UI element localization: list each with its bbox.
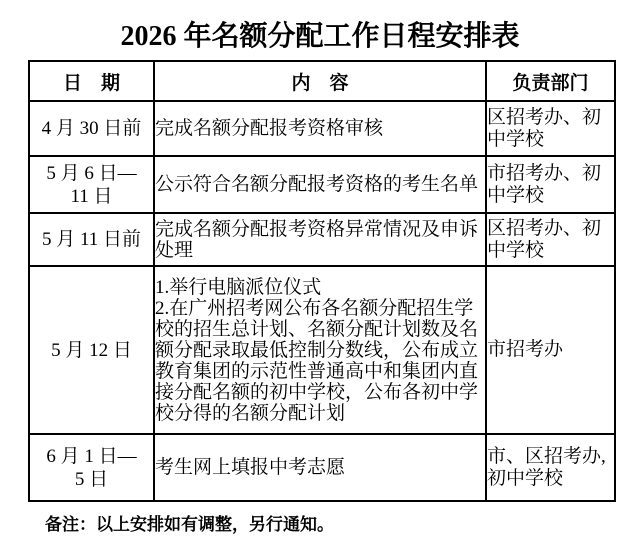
header-content: 内 容 bbox=[154, 61, 486, 101]
dept-cell: 区招考办、初中学校 bbox=[486, 213, 615, 266]
table-row: 4 月 30 日前 完成名额分配报考资格审核 区招考办、初中学校 bbox=[29, 101, 615, 156]
date-cell: 6 月 1 日— 5 日 bbox=[29, 434, 154, 501]
dept-cell: 市招考办 bbox=[486, 266, 615, 434]
header-date: 日 期 bbox=[29, 61, 154, 101]
schedule-table: 日 期 内 容 负责部门 4 月 30 日前 完成名额分配报考资格审核 区招考办… bbox=[28, 60, 616, 502]
content-cell: 完成名额分配报考资格审核 bbox=[154, 101, 486, 156]
dept-cell: 市招考办、初中学校 bbox=[486, 156, 615, 213]
date-cell: 5 月 6 日— 11 日 bbox=[29, 156, 154, 213]
header-dept: 负责部门 bbox=[486, 61, 615, 101]
content-cell: 完成名额分配报考资格异常情况及申诉处理 bbox=[154, 213, 486, 266]
dept-cell: 区招考办、初中学校 bbox=[486, 101, 615, 156]
table-row: 6 月 1 日— 5 日 考生网上填报中考志愿 市、区招考办, 初中学校 bbox=[29, 434, 615, 501]
content-cell: 1.举行电脑派位仪式 2.在广州招考网公布各名额分配招生学校的招生总计划、名额分… bbox=[154, 266, 486, 434]
table-row: 5 月 11 日前 完成名额分配报考资格异常情况及申诉处理 区招考办、初中学校 bbox=[29, 213, 615, 266]
date-cell: 5 月 11 日前 bbox=[29, 213, 154, 266]
page-title: 2026 年名额分配工作日程安排表 bbox=[0, 20, 640, 54]
content-cell: 公示符合名额分配报考资格的考生名单 bbox=[154, 156, 486, 213]
dept-cell: 市、区招考办, 初中学校 bbox=[486, 434, 615, 501]
date-cell: 5 月 12 日 bbox=[29, 266, 154, 434]
table-row: 5 月 12 日 1.举行电脑派位仪式 2.在广州招考网公布各名额分配招生学校的… bbox=[29, 266, 615, 434]
table-row: 5 月 6 日— 11 日 公示符合名额分配报考资格的考生名单 市招考办、初中学… bbox=[29, 156, 615, 213]
table-header-row: 日 期 内 容 负责部门 bbox=[29, 61, 615, 101]
content-cell: 考生网上填报中考志愿 bbox=[154, 434, 486, 501]
date-cell: 4 月 30 日前 bbox=[29, 101, 154, 156]
document-page: 2026 年名额分配工作日程安排表 日 期 内 容 负责部门 4 月 30 日前… bbox=[0, 0, 640, 547]
footnote: 备注：以上安排如有调整，另行通知。 bbox=[45, 510, 640, 535]
